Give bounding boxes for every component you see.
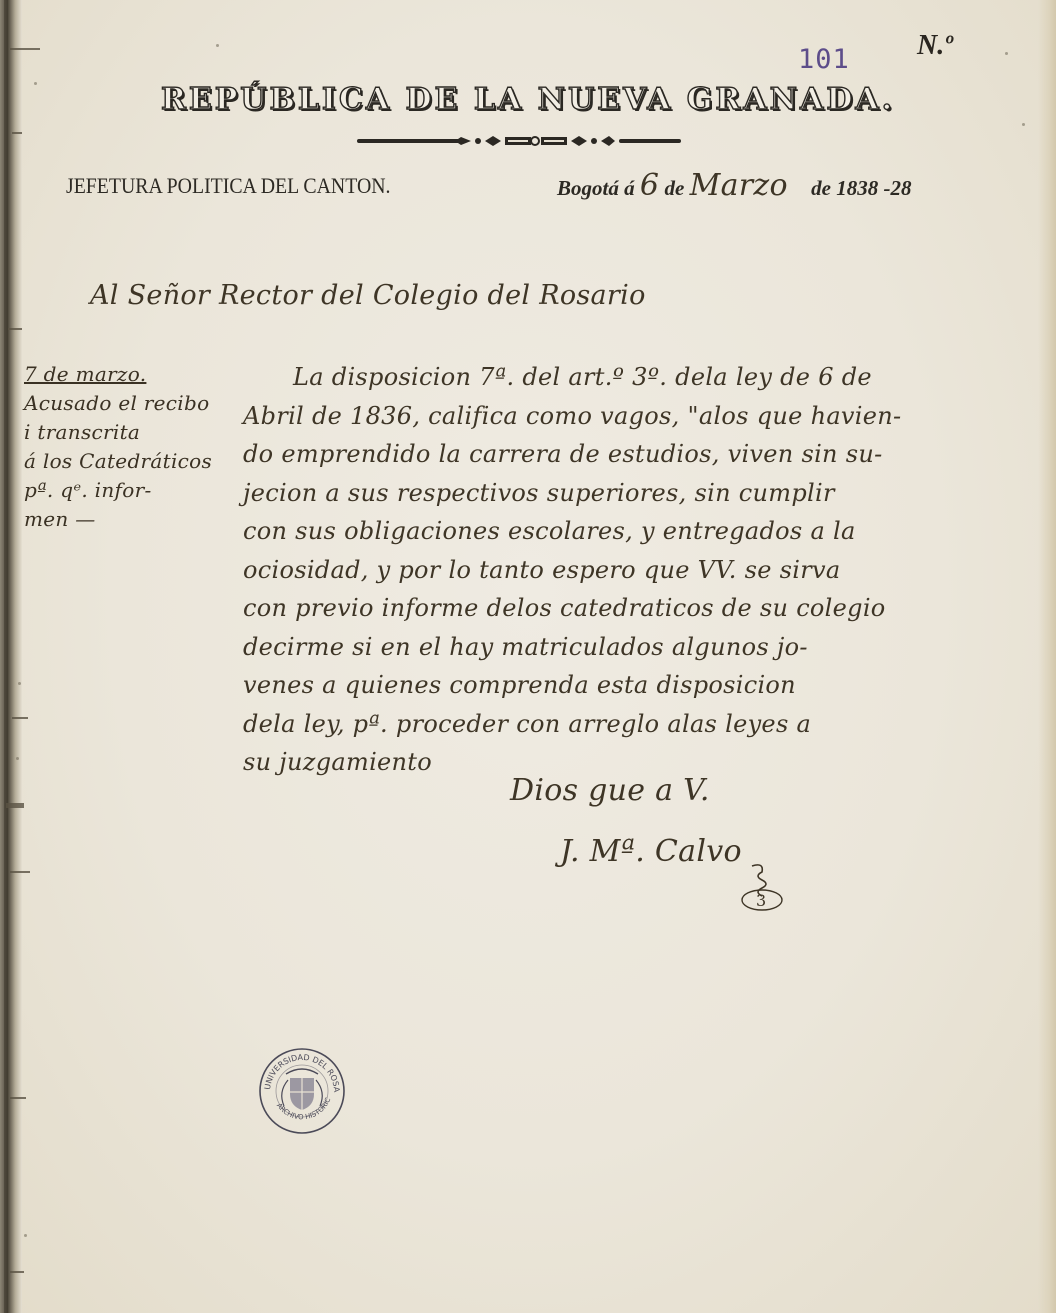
body-line: con previo informe delos catedraticos de…	[243, 589, 1043, 628]
body-line: ociosidad, y por lo tanto espero que VV.…	[243, 551, 1043, 590]
date-day: 6	[640, 168, 659, 203]
ornamental-rule-icon	[357, 134, 681, 148]
date-month: Marzo	[690, 168, 788, 203]
date-de: de	[811, 176, 831, 200]
signature: J. Mª. Calvo	[560, 834, 742, 869]
paper-speck	[1022, 123, 1025, 126]
paper-tear	[10, 871, 30, 873]
margin-note-line: Acusado el recibo	[24, 389, 234, 418]
letter-body: La disposicion 7ª. del art.º 3º. dela le…	[243, 358, 1043, 782]
paper-speck	[216, 44, 219, 47]
date-year: 1838 -28	[836, 176, 911, 200]
paper-tear	[12, 132, 22, 134]
document-page: 101 N.º REPÚBLICA DE LA NUEVA GRANADA. J…	[0, 0, 1056, 1313]
body-line: venes a quienes comprenda esta disposici…	[243, 666, 1043, 705]
date-place: Bogotá á	[557, 176, 635, 200]
margin-note-line: i transcrita	[24, 418, 234, 447]
number-label: N.º	[917, 30, 953, 62]
body-line: jecion a sus respectivos superiores, sin…	[243, 474, 1043, 513]
body-line: Abril de 1836, califica como vagos, "alo…	[243, 397, 1043, 436]
body-line: La disposicion 7ª. del art.º 3º. dela le…	[243, 358, 1043, 397]
body-line: do emprendido la carrera de estudios, vi…	[243, 435, 1043, 474]
archive-number-stamp: 101	[798, 44, 850, 75]
date-line: Bogotá á 6 de Marzo de 1838 -28	[557, 168, 911, 203]
paper-tear	[10, 1097, 26, 1099]
university-archive-seal-icon: UNIVERSIDAD DEL ROSARIO ARCHIVO HISTORIC…	[256, 1046, 348, 1136]
margin-annotation: 7 de marzo. Acusado el recibo i transcri…	[24, 360, 234, 534]
paper-speck	[18, 682, 21, 685]
paper-speck	[16, 757, 19, 760]
signature-rubric-icon: 3	[738, 862, 788, 912]
date-de: de	[664, 176, 684, 200]
body-line: dela ley, pª. proceder con arreglo alas …	[243, 705, 1043, 744]
margin-note-line: men —	[24, 505, 234, 534]
margin-note-line: 7 de marzo.	[24, 360, 234, 389]
paper-tear	[10, 1271, 24, 1273]
margin-note-line: á los Catedráticos	[24, 447, 234, 476]
letterhead-title: REPÚBLICA DE LA NUEVA GRANADA.	[0, 82, 1056, 117]
rubric-number: 3	[756, 891, 766, 910]
body-line: con sus obligaciones escolares, y entreg…	[243, 512, 1043, 551]
paper-tear	[10, 48, 40, 50]
paper-speck	[1005, 52, 1008, 55]
binding-edge	[0, 0, 22, 1313]
paper-tear	[12, 717, 28, 719]
closing-salutation: Dios gue a V.	[510, 773, 710, 808]
paper-speck	[24, 1234, 27, 1237]
paper-tear	[8, 328, 22, 330]
margin-note-line: pª. qᵉ. infor-	[24, 476, 234, 505]
paper-speck	[34, 82, 37, 85]
office-heading: JEFETURA POLITICA DEL CANTON.	[66, 173, 391, 199]
body-line: decirme si en el hay matriculados alguno…	[243, 628, 1043, 667]
paper-tear	[6, 803, 24, 808]
addressee-line: Al Señor Rector del Colegio del Rosario	[90, 280, 646, 311]
